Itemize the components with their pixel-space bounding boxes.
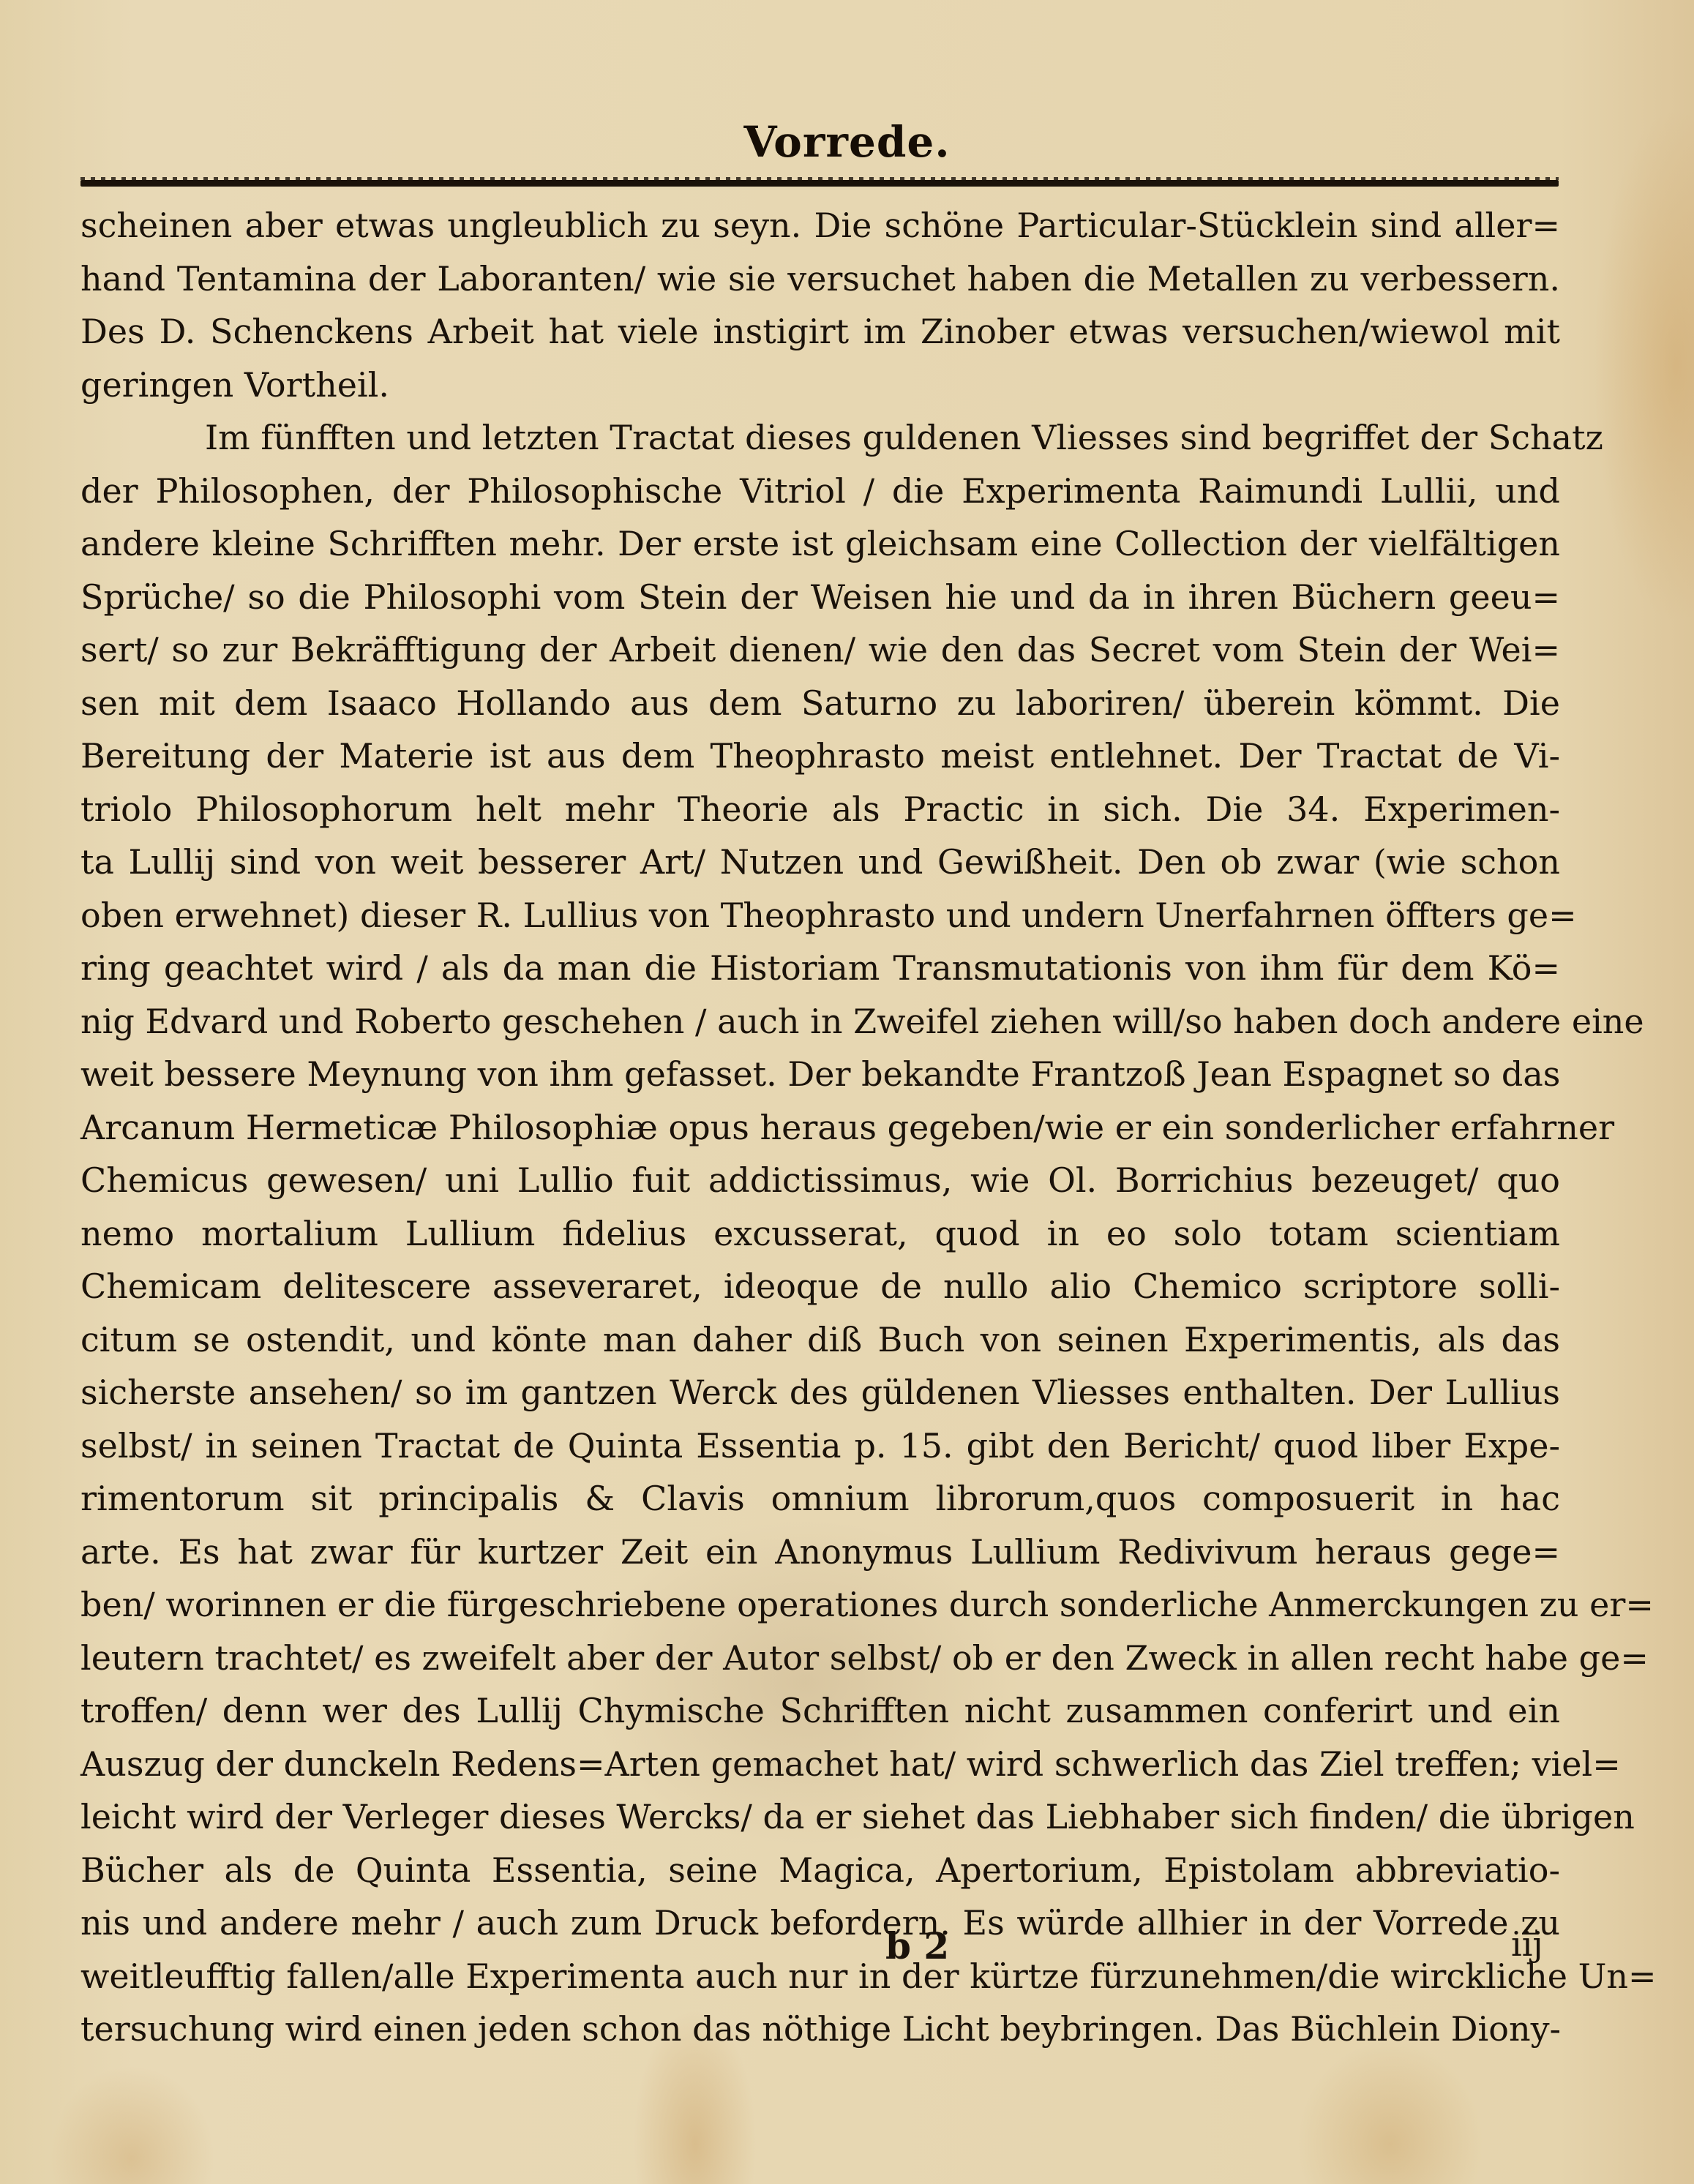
- text-line: Sprüche/ so die Philosophi vom Stein der…: [80, 571, 1560, 624]
- text-line: troffen/ denn wer des Lullij Chymische S…: [80, 1684, 1560, 1738]
- text-line: rimentorum sit principalis & Clavis omni…: [80, 1472, 1560, 1526]
- text-line: Auszug der dunckeln Redens=Arten gemache…: [80, 1738, 1560, 1791]
- running-head: Vorrede.: [0, 117, 1694, 167]
- text-line: nemo mortalium Lullium fidelius excusser…: [80, 1207, 1560, 1261]
- text-line: der Philosophen, der Philosophische Vitr…: [80, 465, 1560, 518]
- text-line: weitleufftig fallen/alle Experimenta auc…: [80, 1950, 1560, 2003]
- text-line: Bücher als de Quinta Essentia, seine Mag…: [80, 1844, 1560, 1897]
- text-line: Bereitung der Materie ist aus dem Theoph…: [80, 729, 1560, 783]
- text-line: weit bessere Meynung von ihm gefasset. D…: [80, 1048, 1560, 1101]
- text-line: hand Tentamina der Laboranten/ wie sie v…: [80, 252, 1560, 306]
- text-line: citum se ostendit, und könte man daher d…: [80, 1313, 1560, 1367]
- signature-mark: b 2: [885, 1924, 949, 1967]
- text-line: andere kleine Schrifften mehr. Der erste…: [80, 517, 1560, 571]
- text-line: Chemicus gewesen/ uni Lullio fuit addict…: [80, 1154, 1560, 1207]
- text-line: selbst/ in seinen Tractat de Quinta Esse…: [80, 1419, 1560, 1473]
- text-line: triolo Philosophorum helt mehr Theorie a…: [80, 783, 1560, 836]
- text-line: Chemicam delitescere asseveraret, ideoqu…: [80, 1260, 1560, 1313]
- text-line: Des D. Schenckens Arbeit hat viele insti…: [80, 305, 1560, 359]
- text-line: oben erwehnet) dieser R. Lullius von The…: [80, 889, 1560, 942]
- text-line: sert/ so zur Bekräfftigung der Arbeit di…: [80, 623, 1560, 677]
- text-line: ben/ worinnen er die fürgeschriebene ope…: [80, 1578, 1560, 1632]
- text-line: ring geachtet wird / als da man die Hist…: [80, 942, 1560, 995]
- text-line: leicht wird der Verleger dieses Wercks/ …: [80, 1790, 1560, 1844]
- text-line: leutern trachtet/ es zweifelt aber der A…: [80, 1632, 1560, 1685]
- header-rule: [80, 180, 1559, 187]
- text-line: nig Edvard und Roberto geschehen / auch …: [80, 995, 1560, 1048]
- text-line: scheinen aber etwas ungleublich zu seyn.…: [80, 199, 1560, 252]
- text-line: nis und andere mehr / auch zum Druck bef…: [80, 1896, 1560, 1950]
- book-page: Vorrede. scheinen aber etwas ungleublich…: [0, 0, 1694, 2184]
- text-line: sicherste ansehen/ so im gantzen Werck d…: [80, 1366, 1560, 1419]
- paragraph-start-line: Im fünfften und letzten Tractat dieses g…: [80, 411, 1560, 465]
- text-line: ta Lullij sind von weit besserer Art/ Nu…: [80, 836, 1560, 889]
- folio-number: iij: [1511, 1924, 1543, 1964]
- body-text: scheinen aber etwas ungleublich zu seyn.…: [80, 199, 1560, 2056]
- text-line: sen mit dem Isaaco Hollando aus dem Satu…: [80, 677, 1560, 730]
- text-line: geringen Vortheil.: [80, 359, 1560, 412]
- text-line: tersuchung wird einen jeden schon das nö…: [80, 2003, 1560, 2056]
- text-line: arte. Es hat zwar für kurtzer Zeit ein A…: [80, 1526, 1560, 1579]
- text-line: Arcanum Hermeticæ Philosophiæ opus herau…: [80, 1101, 1560, 1155]
